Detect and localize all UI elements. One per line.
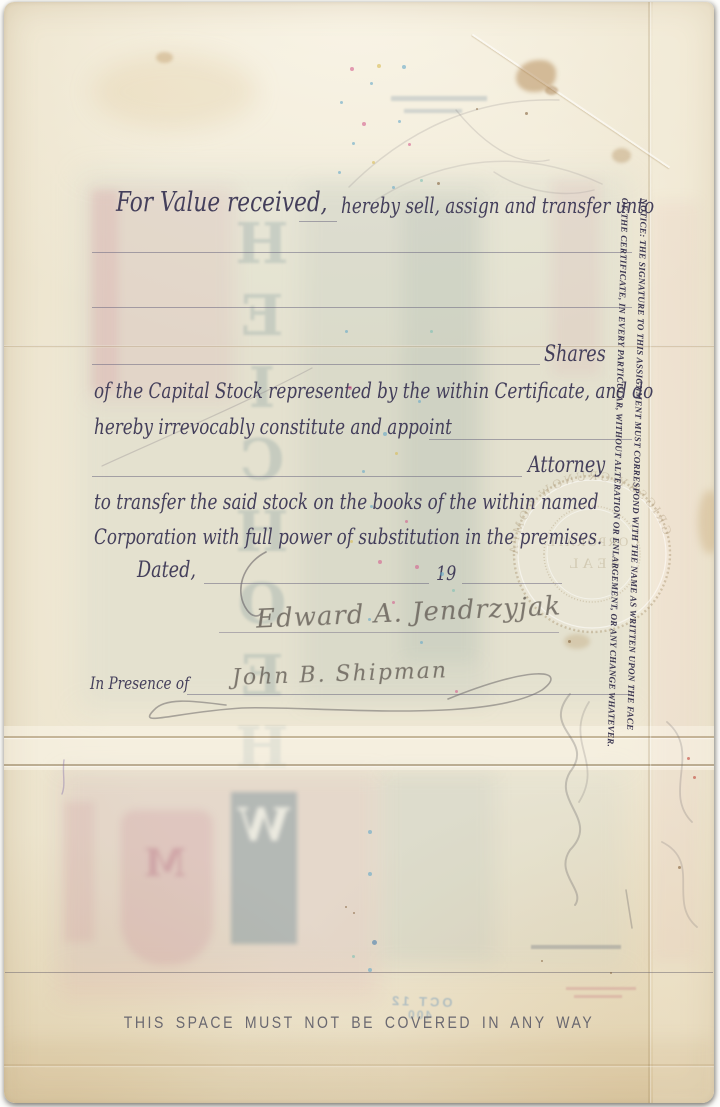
- clause-line-1: of the Capital Stock represented by the …: [94, 379, 653, 403]
- blank-line-3: [92, 364, 540, 365]
- blank-line-1: [92, 252, 632, 253]
- paper-sheet: M HEICHOEH W: [4, 2, 714, 1103]
- dated-blank-line: [204, 583, 429, 584]
- clause-line-3: to transfer the said stock on the books …: [94, 490, 598, 514]
- attorney-blank-line: [92, 476, 522, 477]
- shares-label: Shares: [544, 342, 606, 367]
- witness-label: In Presence of: [90, 674, 189, 694]
- appoint-blank-line: [429, 439, 632, 440]
- scanned-certificate-back: M HEICHOEH W: [0, 0, 720, 1107]
- footer-restriction-text: THIS SPACE MUST NOT BE COVERED IN ANY WA…: [57, 1014, 661, 1033]
- blank-short-line: [299, 221, 337, 222]
- witness-signature-line: [187, 694, 630, 695]
- clause-line-4: Corporation with full power of substitut…: [94, 525, 602, 549]
- transfer-notice: NOTICE: THE SIGNATURE TO THIS ASSIGNMENT…: [605, 198, 649, 738]
- clause-line-2: hereby irrevocably constitute and appoin…: [94, 415, 452, 439]
- blank-line-2: [92, 307, 632, 308]
- attorney-label: Attorney: [528, 453, 605, 478]
- footer-rule: [5, 972, 713, 973]
- year-prefix: 19: [436, 561, 456, 585]
- year-blank-line: [462, 583, 562, 584]
- opening-phrase-left: For Value received,: [116, 187, 328, 218]
- dated-label: Dated,: [137, 558, 196, 583]
